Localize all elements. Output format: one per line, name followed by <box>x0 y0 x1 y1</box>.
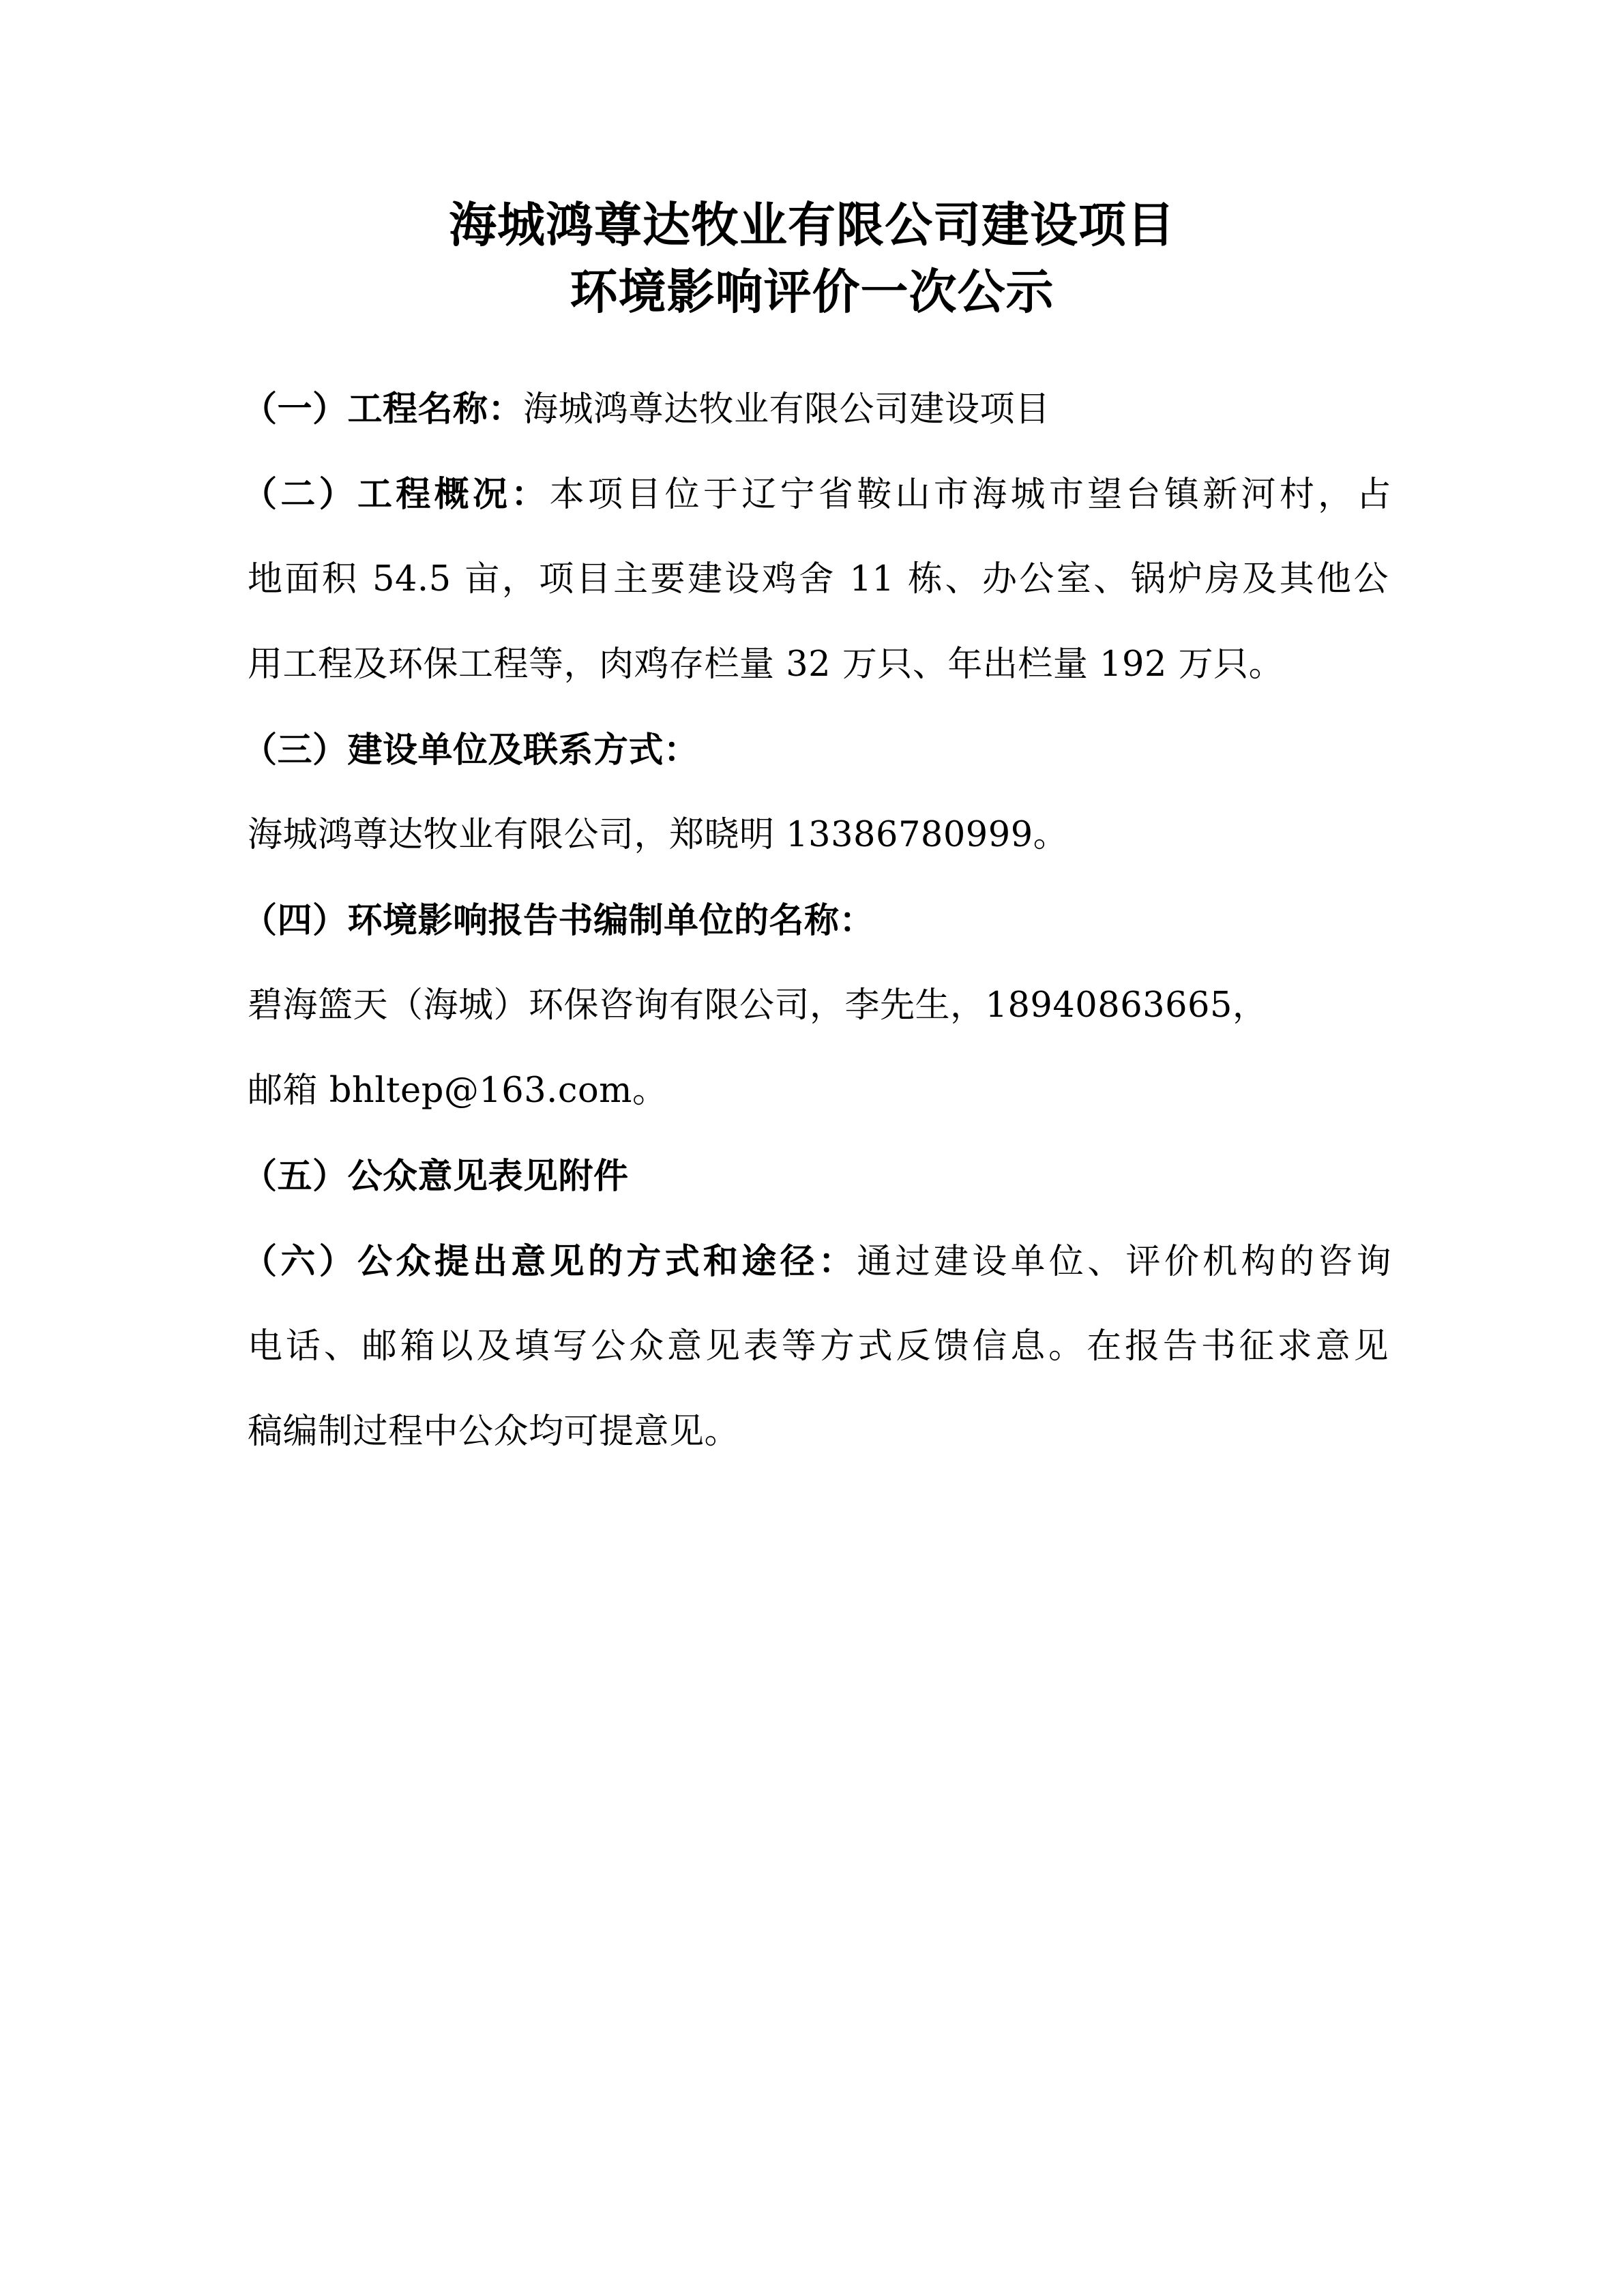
document-page: 海城鸿尊达牧业有限公司建设项目 环境影响评价一次公示 （一）工程名称：海城鸿尊达… <box>0 0 1624 2296</box>
section-project-overview: （二）工程概况：本项目位于辽宁省鞍山市海城市望台镇新河村，占 <box>242 471 1391 519</box>
section-project-overview-line-3: 用工程及环保工程等，肉鸡存栏量 32 万只、年出栏量 192 万只。 <box>248 641 1393 689</box>
section-report-preparer-email: 邮箱 bhltep@163.com。 <box>248 1067 1393 1115</box>
section-heading: （六）公众提出意见的方式和途径： <box>242 1241 857 1282</box>
section-feedback-method: （六）公众提出意见的方式和途径：通过建设单位、评价机构的咨询 <box>242 1238 1391 1286</box>
section-builder-contact-heading: （三）建设单位及联系方式： <box>242 726 1388 774</box>
section-report-preparer-line-1: 碧海篮天（海城）环保咨询有限公司，李先生，18940863665， <box>248 982 1393 1030</box>
section-heading: （二）工程概况： <box>242 474 550 515</box>
section-feedback-method-line-2: 电话、邮箱以及填写公众意见表等方式反馈信息。在报告书征求意见 <box>248 1323 1389 1371</box>
section-project-overview-line-2: 地面积 54.5 亩，项目主要建设鸡舍 11 栋、办公室、锅炉房及其他公 <box>248 556 1389 603</box>
document-title-line-1: 海城鸿尊达牧业有限公司建设项目 <box>0 191 1624 259</box>
document-title-line-2: 环境影响评价一次公示 <box>0 258 1624 326</box>
section-report-preparer-heading: （四）环境影响报告书编制单位的名称： <box>242 897 1388 944</box>
section-builder-contact-text: 海城鸿尊达牧业有限公司，郑晓明 13386780999。 <box>248 811 1393 859</box>
section-text: 海城鸿尊达牧业有限公司建设项目 <box>523 389 1050 430</box>
section-text-line-1: 通过建设单位、评价机构的咨询 <box>857 1242 1391 1282</box>
section-project-name: （一）工程名称：海城鸿尊达牧业有限公司建设项目 <box>242 385 1388 434</box>
section-feedback-method-line-3: 稿编制过程中公众均可提意见。 <box>248 1408 1393 1456</box>
section-text-line-1: 本项目位于辽宁省鞍山市海城市望台镇新河村，占 <box>550 475 1391 515</box>
section-public-opinion-form-heading: （五）公众意见表见附件 <box>242 1152 1388 1200</box>
section-heading: （一）工程名称： <box>242 389 523 430</box>
